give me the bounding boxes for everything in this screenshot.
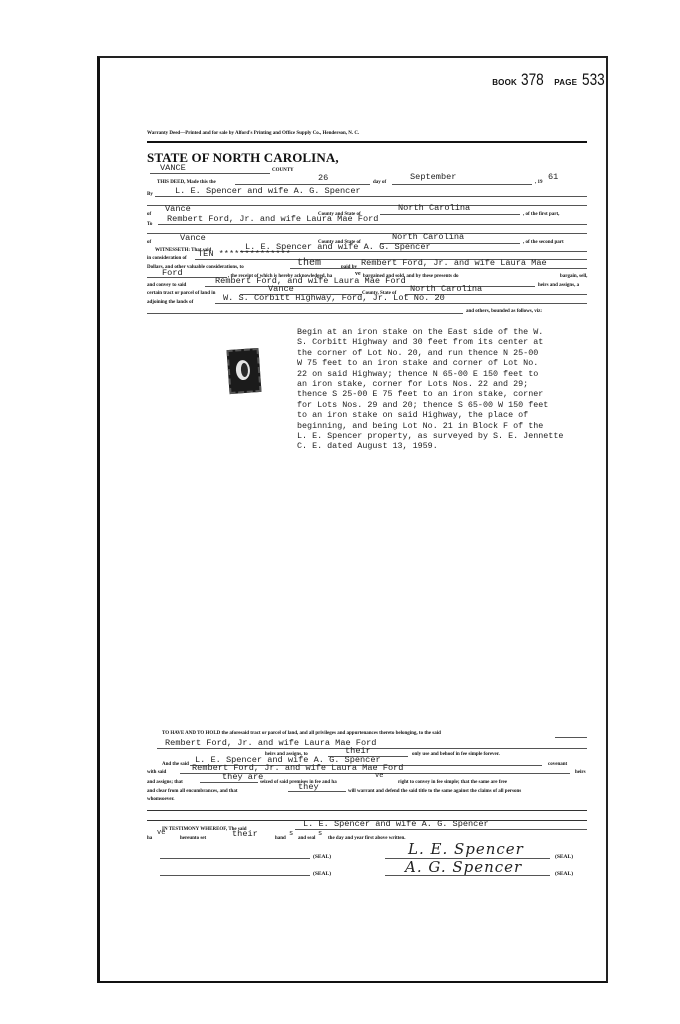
property-description: Begin at an iron stake on the East side … [297, 327, 597, 452]
seal-right-2: (SEAL) [555, 871, 573, 877]
paid-by-value-1: Rembert Ford, Jr. and wife Laura Mae [361, 258, 547, 268]
adjoining-line [215, 303, 587, 304]
by-line-2 [147, 205, 587, 206]
description-line: thence S 25-00 E 75 feet to an iron stak… [297, 389, 597, 399]
hereunto-label: hereunto set [180, 836, 206, 841]
hereunto-value: their [232, 829, 258, 839]
hold-label: TO HAVE AND TO HOLD the aforesaid tract … [162, 731, 441, 736]
testimony-value: L. E. Spencer and wife A. G. Spencer [303, 819, 489, 829]
first-part-label: , of the first part, [523, 212, 559, 217]
description-line: an iron stake, corner for Lots Nos. 22 a… [297, 379, 597, 389]
ha-label: ha [147, 836, 152, 841]
section-divider [147, 810, 587, 811]
warrant-line [288, 791, 346, 792]
grantor-state-line [380, 214, 520, 215]
description-line: beginning, and being Lot No. 21 in Block… [297, 421, 597, 431]
page-label: PAGE [554, 78, 577, 87]
hand-label: hand [275, 836, 286, 841]
grantors-value: L. E. Spencer and wife A. G. Spencer [175, 186, 361, 196]
seized-value: they are [222, 772, 263, 782]
year-value: 61 [548, 172, 558, 182]
convey-line [205, 286, 535, 287]
with-said-label: with said [147, 770, 166, 775]
date-label: the day and year first above written. [328, 836, 406, 841]
seal-suffix: s [318, 830, 322, 838]
grantor-county: Vance [165, 204, 191, 214]
adjoining-label: adjoining the lands of [147, 300, 193, 305]
witnesseth-line [240, 251, 587, 252]
ha-suffix: ve [157, 829, 165, 837]
stamp-portrait-icon [235, 360, 250, 381]
deed-made-label: THIS DEED, Made this the [157, 180, 216, 185]
to-label: To [147, 222, 152, 227]
right-label: right to convey in fee simple; that the … [398, 780, 507, 785]
signature-line-left-1[interactable] [160, 858, 310, 859]
and-said-label: And the said [162, 762, 189, 767]
description-line: the corner of Lot No. 20, and run thence… [297, 348, 597, 358]
convey-value: Rembert Ford, and wife Laura Mae Ford [215, 276, 406, 286]
adjoining-value: W. S. Corbitt Highway, Ford, Jr. Lot No.… [223, 293, 445, 303]
description-line: 22 on said Highway; thence N 65-00 E 150… [297, 369, 597, 379]
book-label: BOOK [492, 78, 517, 87]
bounded-label: and others, bounded as follows, viz: [466, 309, 542, 314]
hand-suffix: s [289, 830, 293, 838]
heirs-assigns-label: heirs and assigns, a [538, 283, 579, 288]
county-line [150, 173, 270, 174]
testimony-line [295, 829, 587, 830]
second-part-label: , of the second part [523, 240, 564, 245]
seal-label: and seal [298, 836, 315, 841]
of-label: of [147, 212, 151, 217]
clear-label: and clear from all encumbrances, and tha… [147, 789, 238, 794]
grantee-state: North Carolina [392, 232, 464, 242]
consideration-label: in consideration of [147, 256, 187, 261]
month-line [392, 184, 532, 185]
hold-line-tail [555, 737, 587, 738]
county-label: COUNTY [272, 168, 294, 173]
description-line: for Lots Nos. 29 and 20; thence S 65-00 … [297, 400, 597, 410]
by-line [155, 196, 587, 197]
day-line [235, 184, 370, 185]
bargain-sell-label: bargain, sell, [560, 274, 587, 279]
seized-line [200, 782, 258, 783]
tract-label: certain tract or parcel of land in [147, 291, 215, 296]
day-of-label: day of [373, 180, 386, 185]
by-label: By [147, 192, 153, 197]
paid-by-line [290, 268, 587, 269]
county-value: VANCE [160, 163, 186, 173]
description-line: Begin at an iron stake on the East side … [297, 327, 597, 337]
description-line: to an iron stake on said Highway, the pl… [297, 410, 597, 420]
revenue-stamp-icon [227, 348, 262, 394]
description-line: C. E. dated August 13, 1959. [297, 441, 597, 451]
grantor-state: North Carolina [398, 203, 470, 213]
of-label-2: of [147, 240, 151, 245]
hold-line [157, 748, 587, 749]
warrant-label: will warrant and defend the said title t… [348, 789, 521, 794]
year-prefix: , 19 [535, 180, 543, 185]
whomsoever-label: whomsoever. [147, 797, 174, 802]
to-line [158, 224, 587, 225]
grantee-county: Vance [180, 233, 206, 243]
description-line: W 75 feet to an iron stake and corner of… [297, 358, 597, 368]
consideration-value: TEN ************** [198, 249, 291, 259]
seal-left-1: (SEAL) [313, 854, 331, 860]
signature-1: L. E. Spencer [408, 840, 524, 858]
book-number: 378 [521, 70, 544, 90]
book-page-reference: BOOK 378 PAGE 533 [492, 70, 610, 90]
to-line-2 [147, 233, 587, 234]
seal-right-1: (SEAL) [555, 854, 573, 860]
printer-imprint: Warranty Deed—Printed and for sale by Al… [147, 131, 359, 136]
seized-suffix: ve [375, 772, 383, 780]
convey-label: and convey to said [147, 283, 186, 288]
seal-left-2: (SEAL) [313, 871, 331, 877]
bounded-line [147, 313, 463, 314]
grantees-value: Rembert Ford, Jr. and wife Laura Mae For… [167, 214, 378, 224]
description-line: L. E. Spencer property, as surveyed by S… [297, 431, 597, 441]
description-line: S. Corbitt Highway and 30 feet from its … [297, 337, 597, 347]
day-value: 26 [318, 173, 328, 183]
covenant-label: covenant [548, 762, 567, 767]
signature-2: A. G. Spencer [405, 858, 522, 876]
heirs-label: heirs [575, 770, 586, 775]
page-number: 533 [582, 70, 605, 90]
month-value: September [410, 172, 456, 182]
fee-simple-label: only use and behoof in fee simple foreve… [412, 752, 500, 757]
header-divider [147, 141, 587, 143]
assigns-that-label: and assigns; that [147, 780, 183, 785]
signature-line-left-2[interactable] [160, 875, 310, 876]
